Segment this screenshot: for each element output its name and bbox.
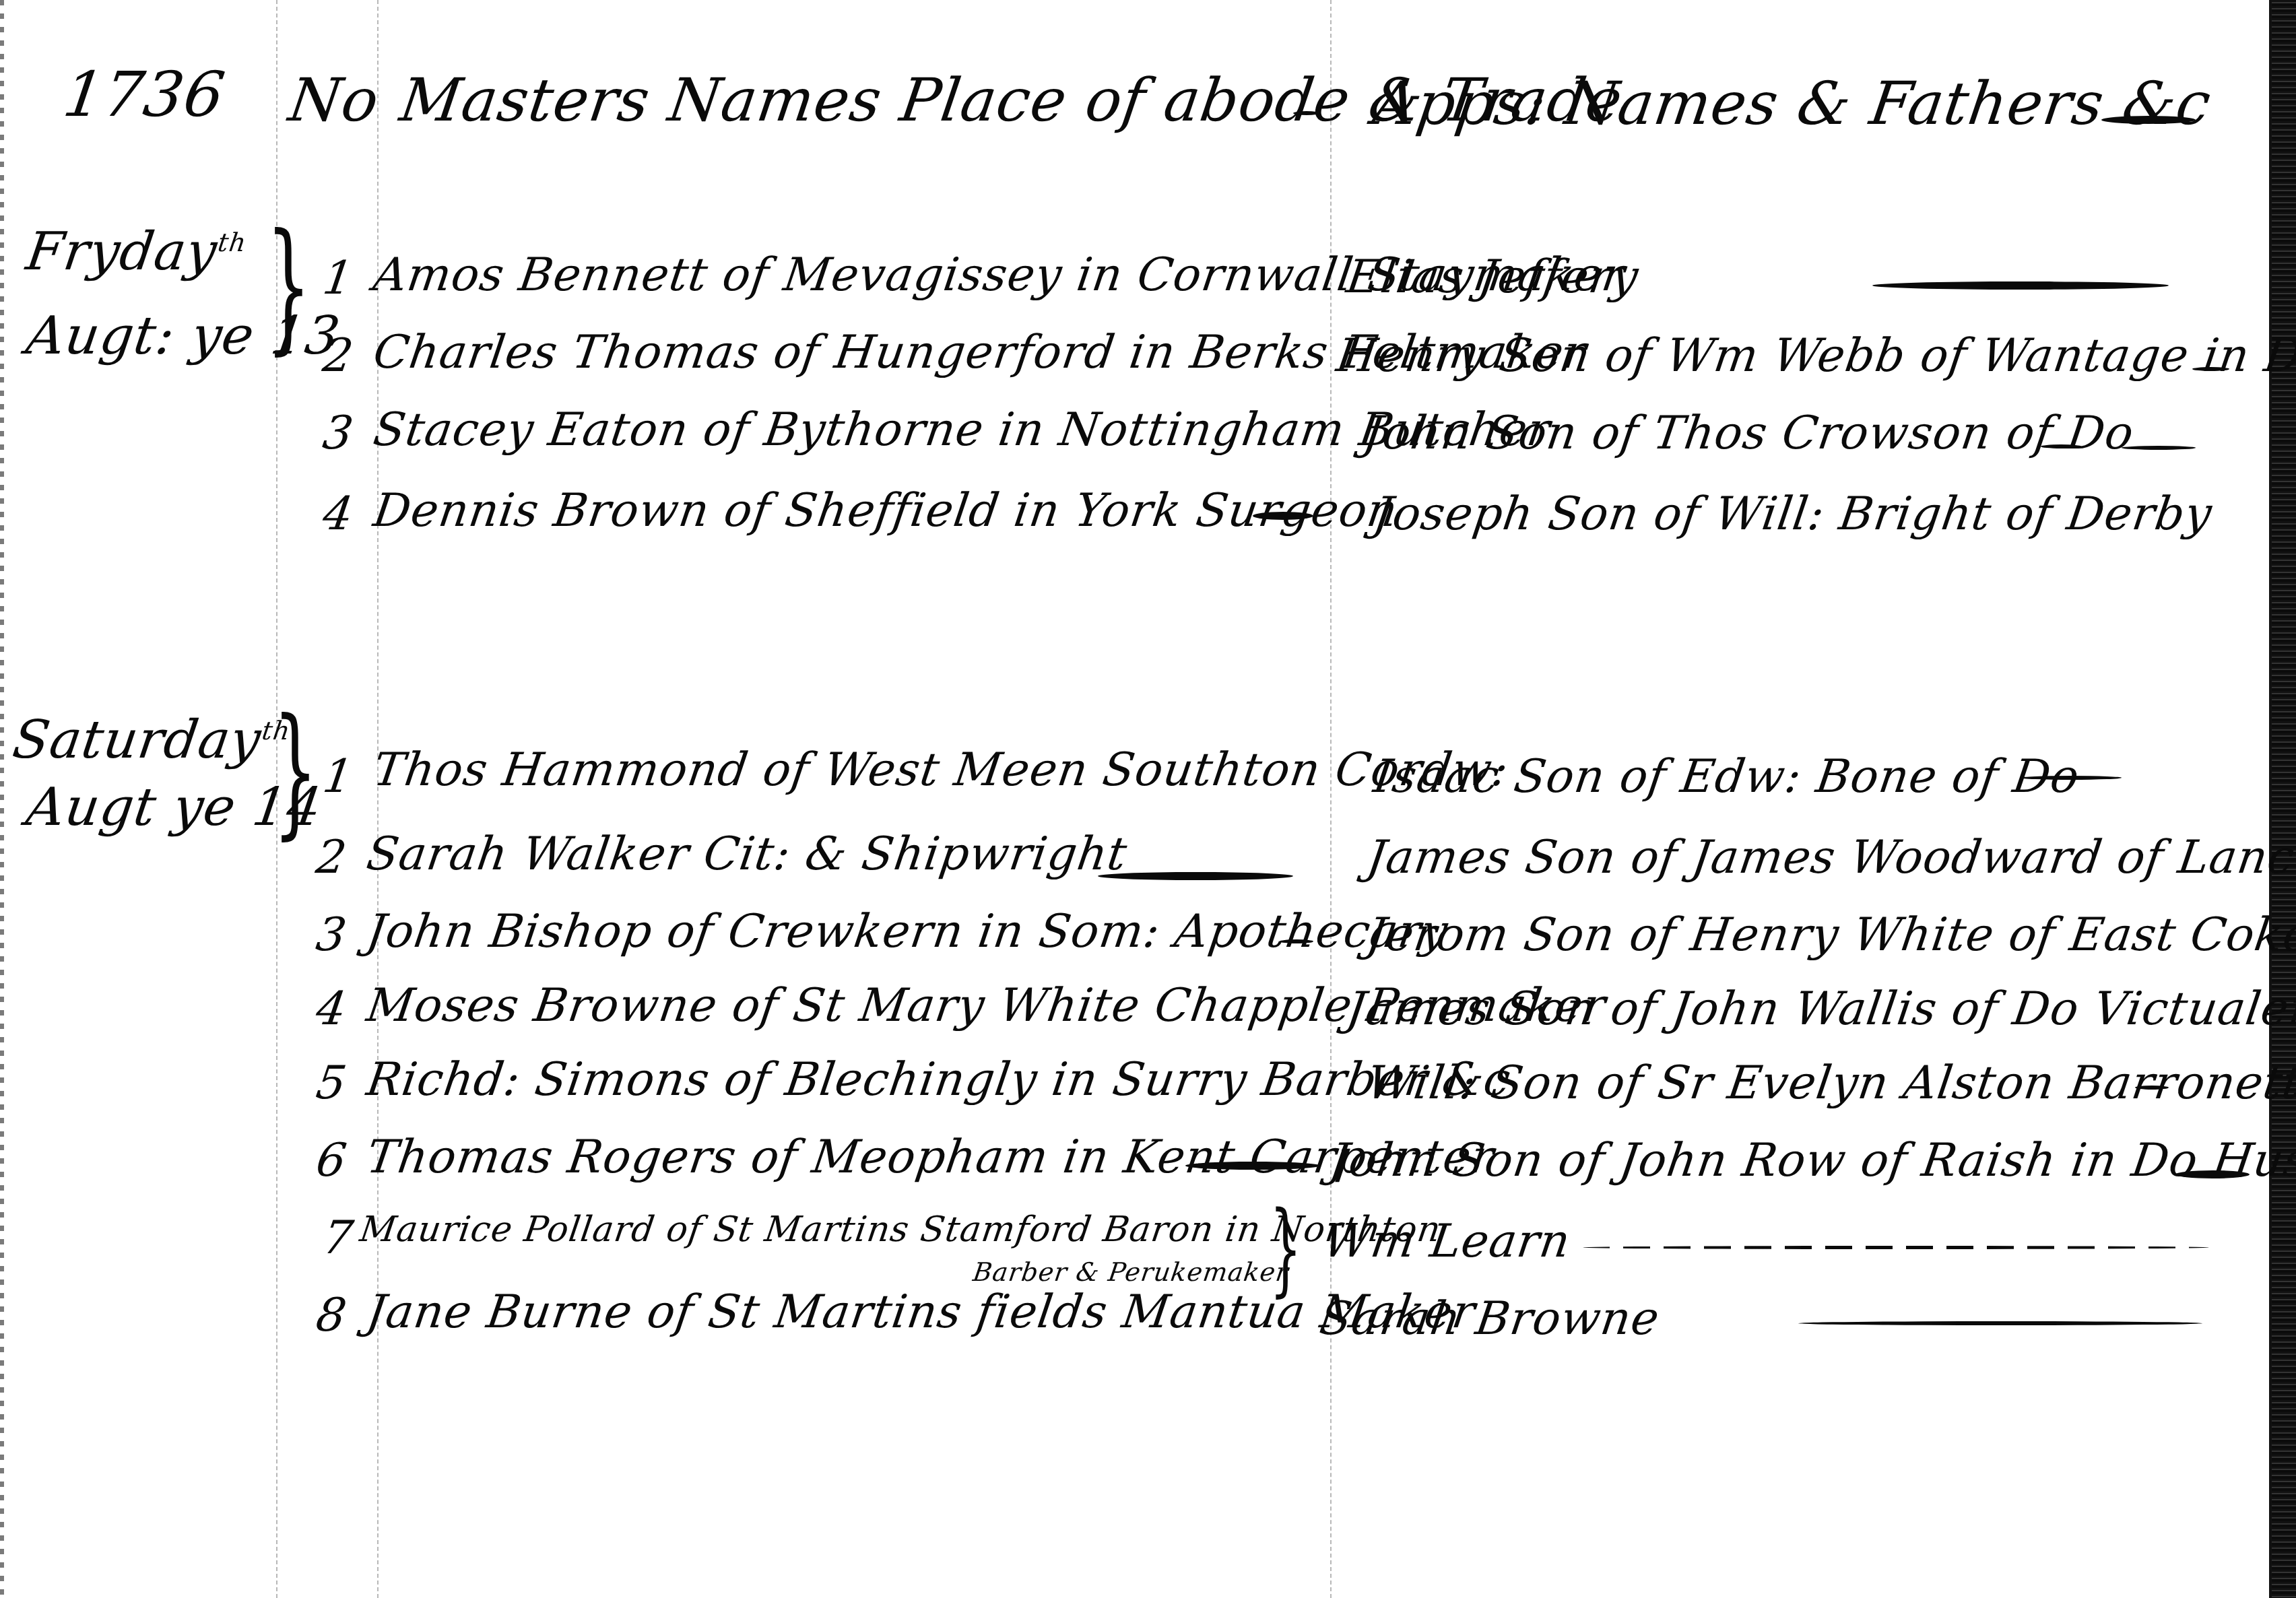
entry-apprentice: Elias Jeffery (1344, 255, 1641, 300)
entry-brace: } (1270, 1199, 1302, 1300)
entry-apprentice: Henry Son of Wm Webb of Wantage in Do Ye… (1334, 333, 2296, 379)
entry-apprentice: Sarah Browne (1317, 1296, 1662, 1342)
section-1-day: Frydayth (24, 226, 249, 278)
fill-line (2021, 776, 2122, 780)
entry-master: Sarah Walker Cit: & Shipwright (364, 832, 1130, 877)
entry-number: 3 (320, 411, 356, 457)
entry-master: Dennis Brown of Sheffield in York Surgeo… (370, 488, 1401, 534)
entry-number: 3 (313, 912, 350, 958)
entry-number: 2 (320, 333, 356, 379)
entry-master: Thos Hammond of West Meen Southton Cordw… (370, 747, 1511, 793)
entry-master-note: Barber & Perukemaker (971, 1259, 1290, 1285)
rule-apprentice-column (1330, 0, 1332, 1598)
fill-line (1098, 872, 1293, 880)
fill-line (1253, 512, 1313, 520)
entry-apprentice: James Son of James Woodward of Lanc (1364, 835, 2296, 881)
entry-number: 4 (320, 492, 356, 537)
entry-number: 1 (320, 754, 356, 800)
entry-master: Jane Burne of St Martins fields Mantua M… (364, 1290, 1478, 1335)
entry-apprentice: James Son of John Wallis of Do Victualer (1344, 987, 2296, 1032)
entry-apprentice: Wm Learn (1320, 1219, 1573, 1265)
entry-number: 1 (320, 256, 356, 302)
entry-apprentice: Jerom Son of Henry White of East Coker C… (1364, 912, 2296, 958)
header-flourish (2101, 116, 2196, 124)
entry-apprentice: John Son of Thos Crowson of Do (1360, 411, 2136, 457)
fill-line (1280, 939, 1313, 943)
entry-apprentice: Isaac Son of Edw: Bone of Do (1371, 754, 2082, 800)
entry-number: 7 (320, 1216, 356, 1261)
section-1-brace: } (266, 215, 311, 357)
fill-line (2135, 1086, 2169, 1090)
header-apprentices: Apps: Names & Fathers &c (1370, 74, 2215, 133)
entry-master: John Bishop of Crewkern in Som: Apotheca… (364, 909, 1451, 955)
entry-number: 5 (313, 1061, 350, 1106)
entry-apprentice: Joseph Son of Will: Bright of Derby (1371, 492, 2215, 537)
entry-apprentice: John Son of John Row of Raish in Do Husb… (1327, 1138, 2296, 1184)
fill-line (2192, 367, 2229, 371)
fill-line (1185, 1162, 1320, 1170)
entry-number: 4 (313, 987, 350, 1032)
header-number: No (286, 71, 383, 130)
fill-line (2041, 444, 2081, 448)
year-label: 1736 (60, 64, 229, 126)
entry-master: Thomas Rogers of Meopham in Kent Carpent… (364, 1135, 1497, 1180)
entry-master: Richd: Simons of Blechingly in Surry Bar… (364, 1057, 1513, 1103)
entry-number: 6 (313, 1138, 350, 1184)
fill-line (1798, 1321, 2202, 1325)
fill-line (2175, 1170, 2250, 1178)
rule-number-column (377, 0, 379, 1598)
page-left-edge (0, 0, 4, 1598)
entry-number: 8 (313, 1293, 350, 1339)
fill-line (1872, 281, 2169, 290)
section-2-brace: } (273, 700, 318, 842)
section-2-day: Saturdayth (10, 714, 293, 766)
entry-apprentice: Will: Son of Sr Evelyn Alston Barronett (1364, 1061, 2296, 1106)
page-binding (2272, 0, 2296, 1598)
entry-number: 2 (313, 835, 350, 881)
header-dash (1293, 111, 1320, 115)
ledger-page: 1736 No Masters Names Place of abode & T… (0, 0, 2296, 1598)
fill-line (1583, 1246, 2209, 1249)
fill-line (2122, 446, 2196, 450)
